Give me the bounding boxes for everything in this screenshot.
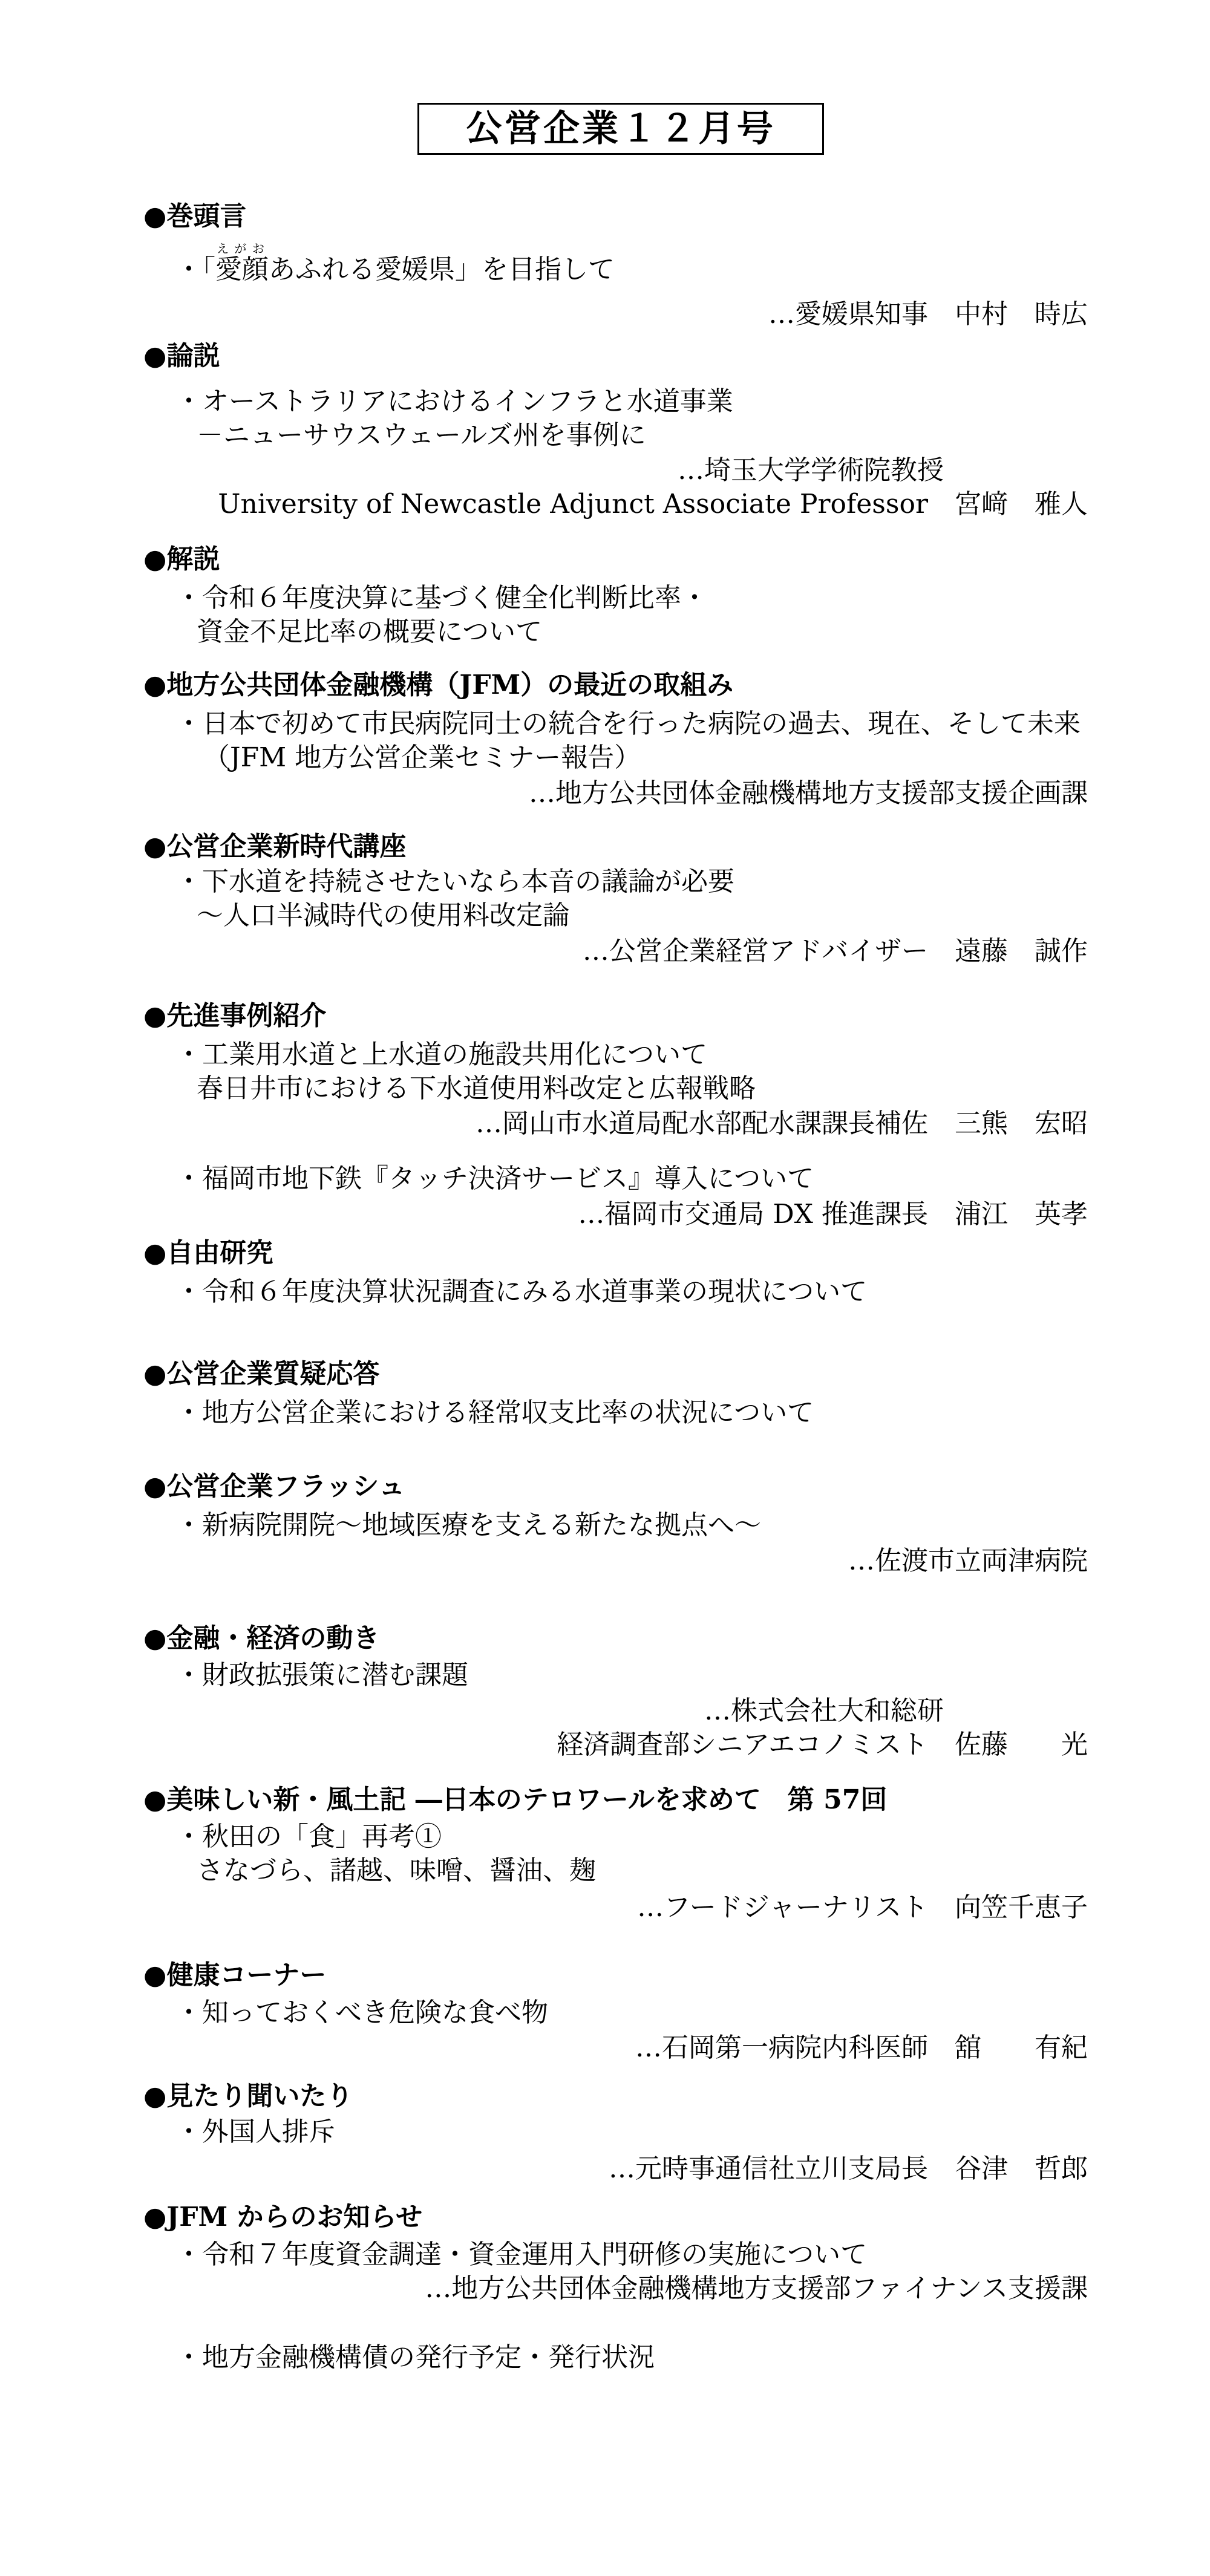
section-fudoki: ●美味しい新・風土記 ―日本のテロワールを求めて 第 57回 ・秋田の「食」再考… — [0, 1783, 1210, 1924]
toc-item: ・福岡市地下鉄『タッチ決済サービス』導入について — [0, 1162, 1210, 1195]
section-heading: ●論説 — [0, 339, 1210, 373]
toc-attribution: …公営企業経営アドバイザー 遠藤 誠作 — [0, 934, 1210, 968]
toc-item-pre: ・「 — [175, 254, 215, 285]
toc-item: ・オーストラリアにおけるインフラと水道事業 — [0, 385, 1210, 418]
section-flash: ●公営企業フラッシュ ・新病院開院～地域医療を支える新たな拠点へ～ …佐渡市立両… — [0, 1470, 1210, 1577]
ruby-base: 愛顔 — [215, 254, 269, 285]
toc-attribution: …元時事通信社立川支局長 谷津 哲郎 — [0, 2152, 1210, 2185]
toc-attribution: …フードジャーナリスト 向笠千恵子 — [0, 1891, 1210, 1924]
toc-subtitle: （JFM 地方公営企業セミナー報告） — [0, 741, 1210, 774]
issue-title: 公営企業１２月号 — [466, 111, 776, 147]
toc-attribution: …福岡市交通局 DX 推進課長 浦江 英孝 — [0, 1198, 1210, 1231]
toc-attribution: University of Newcastle Adjunct Associat… — [0, 487, 1210, 521]
toc-subtitle: 資金不足比率の概要について — [0, 615, 1210, 648]
toc-item: ・工業用水道と上水道の施設共用化について — [0, 1038, 1210, 1071]
ruby-furigana: えがお — [215, 241, 269, 256]
section-kaisetsu: ●解説 ・令和６年度決算に基づく健全化判断比率・ 資金不足比率の概要について — [0, 543, 1210, 648]
toc-attribution: …愛媛県知事 中村 時広 — [0, 298, 1210, 331]
toc-item: ・令和６年度決算に基づく健全化判断比率・ — [0, 581, 1210, 615]
toc-attribution: …石岡第一病院内科医師 舘 有紀 — [0, 2031, 1210, 2064]
toc-subtitle: さなづら、諸越、味噌、醤油、麹 — [0, 1854, 1210, 1887]
section-free-research: ●自由研究 ・令和６年度決算状況調査にみる水道事業の現状について — [0, 1236, 1210, 1308]
toc-item: ・秋田の「食」再考① — [0, 1820, 1210, 1853]
ruby-word: 愛顔えがお — [215, 254, 269, 285]
section-heading: ●健康コーナー — [0, 1958, 1210, 1992]
toc-item: ・地方公営企業における経常収支比率の状況について — [0, 1396, 1210, 1429]
toc-subtitle: ～人口半減時代の使用料改定論 — [0, 899, 1210, 932]
toc-subtitle: 春日井市における下水道使用料改定と広報戦略 — [0, 1072, 1210, 1105]
toc-item: ・新病院開院～地域医療を支える新たな拠点へ～ — [0, 1508, 1210, 1542]
section-jfm-news: ●JFM からのお知らせ ・令和７年度資金調達・資金運用入門研修の実施について … — [0, 2200, 1210, 2374]
toc-item: ・地方金融機構債の発行予定・発行状況 — [0, 2341, 1210, 2374]
section-heading: ●JFM からのお知らせ — [0, 2200, 1210, 2234]
toc-item: ・下水道を持続させたいなら本音の議論が必要 — [0, 865, 1210, 898]
section-heading: ●公営企業新時代講座 — [0, 830, 1210, 863]
section-heading: ●自由研究 — [0, 1236, 1210, 1270]
toc-attribution: 経済調査部シニアエコノミスト 佐藤 光 — [0, 1728, 1210, 1761]
toc-item: ・日本で初めて市民病院同士の統合を行った病院の過去、現在、そして未来 — [0, 707, 1210, 740]
section-jfm-initiatives: ●地方公共団体金融機構（JFM）の最近の取組み ・日本で初めて市民病院同士の統合… — [0, 668, 1210, 810]
toc-attribution: …岡山市水道局配水部配水課課長補佐 三熊 宏昭 — [0, 1107, 1210, 1140]
toc-attribution: …株式会社大和総研 — [0, 1694, 1210, 1727]
section-qa: ●公営企業質疑応答 ・地方公営企業における経常収支比率の状況について — [0, 1357, 1210, 1429]
toc-subtitle: －ニューサウスウェールズ州を事例に — [0, 419, 1210, 452]
toc-attribution: …佐渡市立両津病院 — [0, 1544, 1210, 1577]
issue-title-box: 公営企業１２月号 — [417, 103, 824, 155]
toc-attribution: …地方公共団体金融機構地方支援部ファイナンス支援課 — [0, 2272, 1210, 2305]
section-heading: ●美味しい新・風土記 ―日本のテロワールを求めて 第 57回 — [0, 1783, 1210, 1816]
section-heading: ●公営企業質疑応答 — [0, 1357, 1210, 1391]
toc-item: ・令和６年度決算状況調査にみる水道事業の現状について — [0, 1275, 1210, 1308]
section-ronsetsu: ●論説 ・オーストラリアにおけるインフラと水道事業 －ニューサウスウェールズ州を… — [0, 339, 1210, 521]
section-mitari-kiitari: ●見たり聞いたり ・外国人排斥 …元時事通信社立川支局長 谷津 哲郎 — [0, 2079, 1210, 2185]
section-new-era-course: ●公営企業新時代講座 ・下水道を持続させたいなら本音の議論が必要 ～人口半減時代… — [0, 830, 1210, 968]
toc-item: ・「愛顔えがおあふれる愛媛県」を目指して — [0, 242, 1210, 286]
toc-item: ・財政拡張策に潜む課題 — [0, 1658, 1210, 1692]
toc-item: ・知っておくべき危険な食べ物 — [0, 1996, 1210, 2029]
section-heading: ●公営企業フラッシュ — [0, 1470, 1210, 1503]
section-heading: ●先進事例紹介 — [0, 999, 1210, 1032]
toc-item: ・外国人排斥 — [0, 2115, 1210, 2148]
toc-attribution: …埼玉大学学術院教授 — [0, 454, 1210, 487]
section-heading: ●巻頭言 — [0, 200, 1210, 233]
section-heading: ●解説 — [0, 543, 1210, 576]
section-case-studies: ●先進事例紹介 ・工業用水道と上水道の施設共用化について 春日井市における下水道… — [0, 999, 1210, 1231]
section-kantogen: ●巻頭言 ・「愛顔えがおあふれる愛媛県」を目指して …愛媛県知事 中村 時広 — [0, 200, 1210, 331]
toc-item-post: あふれる愛媛県」を目指して — [269, 254, 615, 285]
section-heading: ●見たり聞いたり — [0, 2079, 1210, 2113]
section-finance-economy: ●金融・経済の動き ・財政拡張策に潜む課題 …株式会社大和総研 経済調査部シニア… — [0, 1622, 1210, 1761]
toc-page: 公営企業１２月号 ●巻頭言 ・「愛顔えがおあふれる愛媛県」を目指して …愛媛県知… — [0, 0, 1210, 2576]
toc-item: ・令和７年度資金調達・資金運用入門研修の実施について — [0, 2238, 1210, 2271]
toc-attribution: …地方公共団体金融機構地方支援部支援企画課 — [0, 777, 1210, 810]
section-heading: ●地方公共団体金融機構（JFM）の最近の取組み — [0, 668, 1210, 702]
section-health-corner: ●健康コーナー ・知っておくべき危険な食べ物 …石岡第一病院内科医師 舘 有紀 — [0, 1958, 1210, 2064]
section-heading: ●金融・経済の動き — [0, 1622, 1210, 1655]
